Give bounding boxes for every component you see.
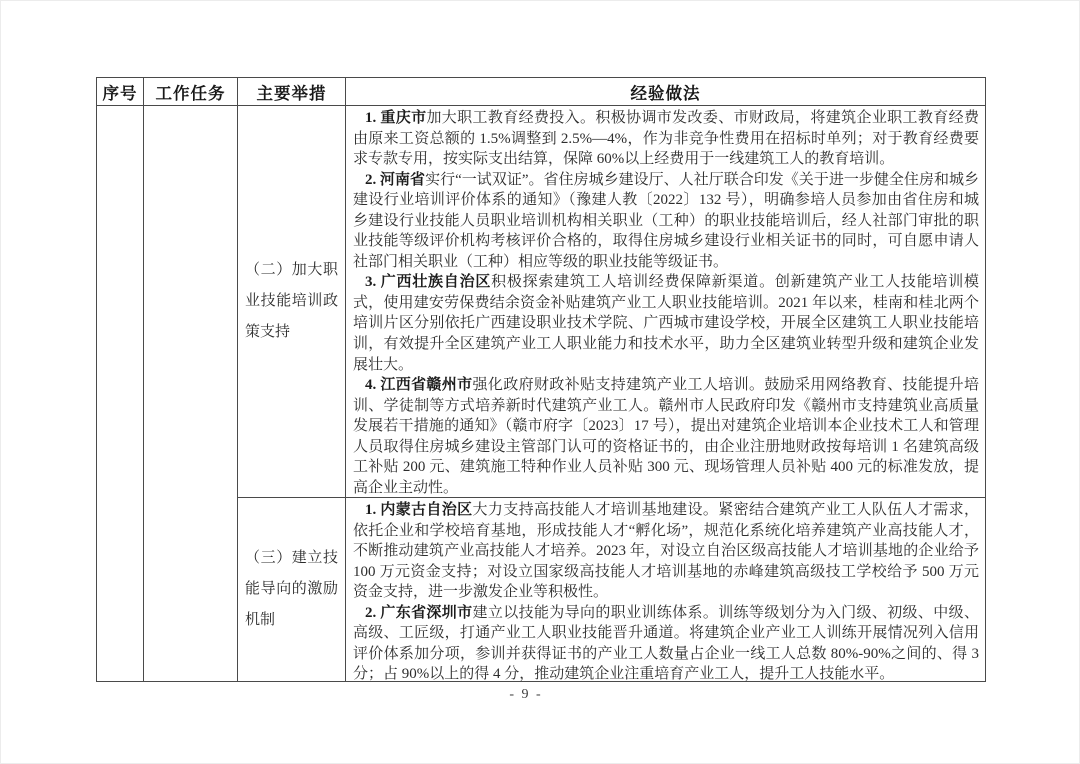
measure-text: （二）加大职业技能培训政策支持 — [245, 255, 338, 348]
practice-cell-incentive-mechanism: 1. 内蒙古自治区大力支持高技能人才培训基地建设。紧密结合建筑产业工人队伍人才需… — [346, 498, 986, 682]
task-cell-empty — [144, 106, 238, 682]
practice-text: 强化政府财政补贴支持建筑产业工人培训。鼓励采用网络教育、技能提升培训、学徒制等方… — [353, 377, 979, 496]
document-page: 序号 工作任务 主要举措 经验做法 （二）加大职业技能培训政策支持 1. 重庆市… — [0, 0, 1080, 764]
header-cell-seq: 序号 — [97, 78, 144, 106]
practice-paragraph: 1. 重庆市加大职工教育经费投入。积极协调市发改委、市财政局，将建筑企业职工教育… — [353, 108, 979, 170]
header-cell-task: 工作任务 — [144, 78, 238, 106]
seq-cell-empty — [97, 106, 144, 682]
practice-paragraph: 2. 广东省深圳市建立以技能为导向的职业训练体系。训练等级划分为入门级、初级、中… — [353, 603, 979, 685]
practice-lead: 1. 重庆市 — [365, 110, 426, 126]
practice-paragraph: 3. 广西壮族自治区积极探索建筑工人培训经费保障新渠道。创新建筑产业工人技能培训… — [353, 272, 979, 375]
header-label-measure: 主要举措 — [257, 80, 327, 104]
header-label-seq: 序号 — [103, 80, 138, 104]
practice-paragraph: 2. 河南省实行“一试双证”。省住房城乡建设厅、人社厅联合印发《关于进一步健全住… — [353, 170, 979, 273]
practice-lead: 3. 广西壮族自治区 — [365, 274, 491, 290]
page-number: - 9 - — [0, 687, 1052, 703]
measure-cell-incentive-mechanism: （三）建立技能导向的激励机制 — [238, 498, 346, 682]
practice-text: 实行“一试双证”。省住房城乡建设厅、人社厅联合印发《关于进一步健全住房和城乡建设… — [353, 172, 979, 270]
practice-lead: 4. 江西省赣州市 — [365, 377, 473, 393]
practice-cell-policy-support: 1. 重庆市加大职工教育经费投入。积极协调市发改委、市财政局，将建筑企业职工教育… — [346, 106, 986, 498]
practice-lead: 2. 广东省深圳市 — [365, 605, 473, 621]
practice-text: 加大职工教育经费投入。积极协调市发改委、市财政局，将建筑企业职工教育经费由原来工… — [353, 110, 979, 167]
header-label-practice: 经验做法 — [631, 80, 701, 104]
measure-cell-policy-support: （二）加大职业技能培训政策支持 — [238, 106, 346, 498]
experience-practices-table: 序号 工作任务 主要举措 经验做法 （二）加大职业技能培训政策支持 1. 重庆市… — [96, 77, 986, 682]
practice-paragraph: 4. 江西省赣州市强化政府财政补贴支持建筑产业工人培训。鼓励采用网络教育、技能提… — [353, 375, 979, 498]
practice-lead: 1. 内蒙古自治区 — [365, 502, 473, 518]
measure-text: （三）建立技能导向的激励机制 — [245, 543, 338, 636]
header-cell-measure: 主要举措 — [238, 78, 346, 106]
practice-paragraph: 1. 内蒙古自治区大力支持高技能人才培训基地建设。紧密结合建筑产业工人队伍人才需… — [353, 500, 979, 603]
header-label-task: 工作任务 — [156, 80, 226, 104]
header-cell-practice: 经验做法 — [346, 78, 986, 106]
practice-lead: 2. 河南省 — [365, 172, 425, 188]
